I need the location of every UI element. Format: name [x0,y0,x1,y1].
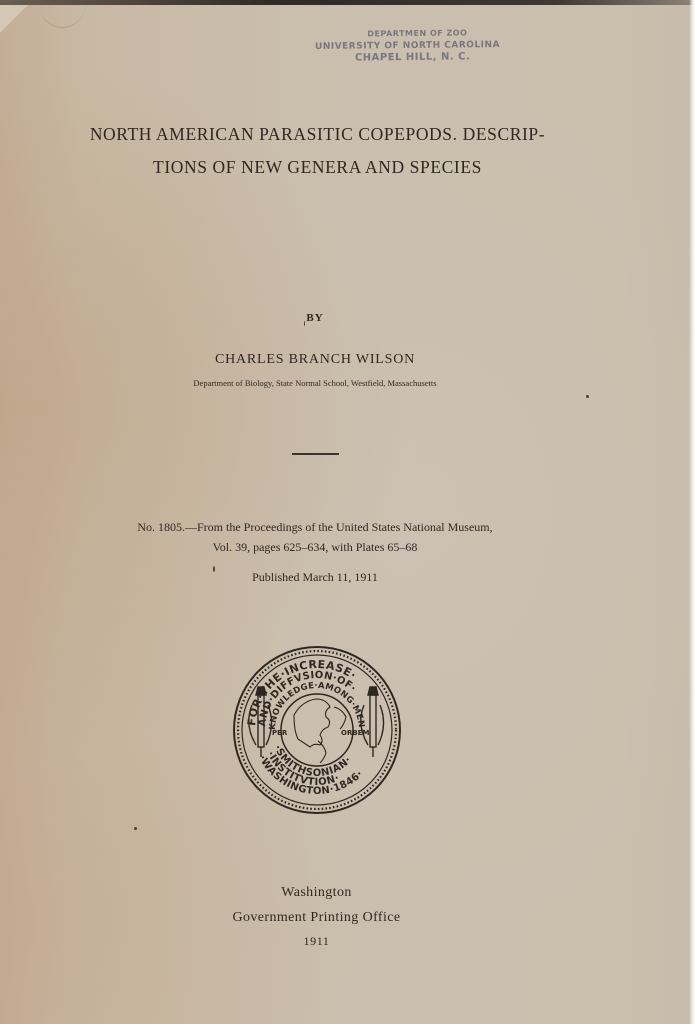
imprint-city: Washington [0,885,633,901]
published-date: Published March 11, 1911 [0,570,630,585]
document-title-line-2: TIONS OF NEW GENERA AND SPECIES [40,157,595,178]
paper-speck [213,566,215,572]
document-title-line-1: NORTH AMERICAN PARASITIC COPEPODS. DESCR… [40,124,595,145]
imprint-publisher: Government Printing Office [0,910,633,926]
page-top-edge [0,0,695,5]
by-label: BY [0,312,630,324]
page-crease [40,5,85,28]
stamp-line-2: UNIVERSITY OF NORTH CAROLINA [300,39,515,53]
smithsonian-seal-icon: FOR·THE·INCREASE· AND·DIFFVSION·OF· KNOW… [232,645,402,815]
document-cover: DEPARTMEN OF ZOO UNIVERSITY OF NORTH CAR… [0,0,695,1024]
seal-per: PER [272,729,288,737]
library-stamp: DEPARTMEN OF ZOO UNIVERSITY OF NORTH CAR… [300,27,515,65]
paper-speck [586,395,589,398]
paper-speck [134,827,137,830]
author-affiliation: Department of Biology, State Normal Scho… [0,378,630,388]
author-name: CHARLES BRANCH WILSON [0,352,630,368]
page-right-edge [689,0,695,1024]
stamp-line-3: CHAPEL HILL, N. C. [310,51,515,65]
divider-rule [292,453,339,455]
corner-fold [0,5,28,33]
publication-line-2: Vol. 39, pages 625–634, with Plates 65–6… [0,540,630,555]
publication-line-1: No. 1805.—From the Proceedings of the Un… [0,520,630,535]
imprint-year: 1911 [0,934,633,949]
seal-orbem: ORBEM [341,729,369,737]
paper-speck [304,321,305,326]
